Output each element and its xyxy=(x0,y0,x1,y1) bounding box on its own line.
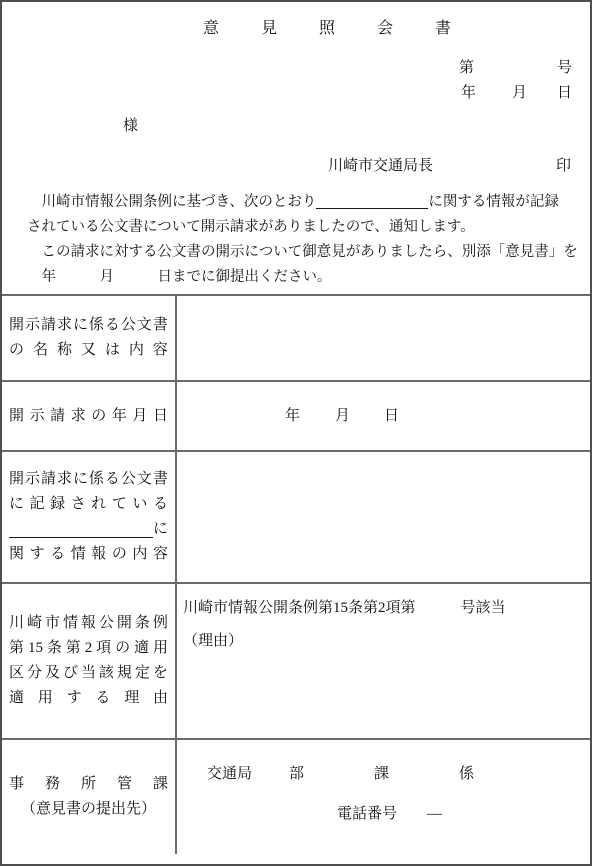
row2-label: 開示請求の年月日 xyxy=(9,404,168,429)
page-title: 意見照会書 xyxy=(203,18,493,40)
row4-content-cell: 川崎市情報公開条例第15条第2項第 号該当 （理由） xyxy=(177,584,590,738)
doc-number-prefix: 第 xyxy=(459,56,474,81)
row5-label-line2: （意見書の提出先） xyxy=(9,797,168,822)
office-units-line: 交通局 部 課 係 xyxy=(207,762,590,787)
row3-content-cell xyxy=(177,452,590,582)
row1-label-line1: 開示請求に係る公文書 xyxy=(9,313,168,338)
row2-month-label: 月 xyxy=(335,404,350,429)
row5-content-cell: 交通局 部 課 係 電話番号 ― xyxy=(177,740,590,854)
date-month-label: 月 xyxy=(512,81,527,106)
date-year-label: 年 xyxy=(461,81,476,106)
row4-applicable-clause: 川崎市情報公開条例第15条第2項第 号該当 xyxy=(183,596,590,621)
date-year-blank xyxy=(476,93,512,94)
seal-mark: 印 xyxy=(556,154,571,179)
addressee-suffix: 様 xyxy=(123,114,590,139)
row3-label-line4: 関する情報の内容 xyxy=(9,542,168,567)
office-unit-label: 係 xyxy=(459,762,474,787)
table-row-ordinance-reason: 川崎市情報公開条例 第15条第2項の適用 区分及び当該規定を 適用する理由 川崎… xyxy=(2,584,590,740)
body-line-1: 川崎市情報公開条例に基づき、次のとおりに関する情報が記録 xyxy=(27,190,590,215)
body-line1-after: に関する情報が記録 xyxy=(428,194,559,210)
body-line-4: 年 月 日までに御提出ください。 xyxy=(27,265,590,290)
row4-label-cell: 川崎市情報公開条例 第15条第2項の適用 区分及び当該規定を 適用する理由 xyxy=(2,584,177,738)
document-page: 意見照会書 第 号 年 月 日 様 川崎市交通局長 印 川崎市情報公開条例に基づ… xyxy=(0,0,592,866)
row1-label-line2: の名称又は内容 xyxy=(9,338,168,363)
office-dept-label: 部 xyxy=(289,762,304,787)
row2-year-label: 年 xyxy=(285,404,300,429)
row4-label-line4: 適用する理由 xyxy=(9,686,168,711)
row5-label-cell: 事務所管課 （意見書の提出先） xyxy=(2,740,177,854)
doc-date-line: 年 月 日 xyxy=(2,81,590,106)
sender-name: 川崎市交通局長 xyxy=(328,154,433,179)
fill-in-blank-underline xyxy=(316,196,428,209)
row2-day-label: 日 xyxy=(384,404,399,429)
notification-paragraph: 川崎市情報公開条例に基づき、次のとおりに関する情報が記録 されている公文書につい… xyxy=(2,190,590,290)
row3-blank-suffix: に xyxy=(153,517,168,542)
row2-content-cell: 年 月 日 xyxy=(177,382,590,450)
table-row-request-date: 開示請求の年月日 年 月 日 xyxy=(2,382,590,452)
row3-label-cell: 開示請求に係る公文書 に記録されている に 関する情報の内容 xyxy=(2,452,177,582)
sender-line: 川崎市交通局長 印 xyxy=(2,154,590,179)
table-row-document-name: 開示請求に係る公文書 の名称又は内容 xyxy=(2,296,590,382)
row5-label-line1: 事務所管課 xyxy=(9,772,168,797)
form-table: 開示請求に係る公文書 の名称又は内容 開示請求の年月日 年 月 日 開示請求に係… xyxy=(2,294,590,854)
row3-label-line1: 開示請求に係る公文書 xyxy=(9,467,168,492)
phone-number-line: 電話番号 ― xyxy=(207,802,590,827)
row2-year-blank xyxy=(300,416,335,417)
row3-blank-underline xyxy=(9,525,153,538)
office-bureau-label: 交通局 xyxy=(207,762,252,787)
row1-content-cell xyxy=(177,296,590,380)
row1-label-cell: 開示請求に係る公文書 の名称又は内容 xyxy=(2,296,177,380)
body-line1-before: 川崎市情報公開条例に基づき、次のとおり xyxy=(27,194,316,210)
row4-reason-label: （理由） xyxy=(183,629,590,654)
body-line-2: されている公文書について開示請求がありましたので、通知します。 xyxy=(27,215,590,240)
body-line-3: この請求に対する公文書の開示について御意見がありましたら、別添「意見書」を xyxy=(27,240,590,265)
date-month-blank xyxy=(527,93,557,94)
doc-number-blank xyxy=(474,68,557,69)
row3-label-blank-line: に xyxy=(9,517,168,542)
row3-label-line2: に記録されている xyxy=(9,492,168,517)
row4-label-line3: 区分及び当該規定を xyxy=(9,661,168,686)
table-row-office-in-charge: 事務所管課 （意見書の提出先） 交通局 部 課 係 電話番号 ― xyxy=(2,740,590,854)
office-section-label: 課 xyxy=(374,762,389,787)
date-day-label: 日 xyxy=(557,81,572,106)
row2-month-blank xyxy=(350,416,384,417)
row2-label-cell: 開示請求の年月日 xyxy=(2,382,177,450)
row4-label-line2: 第15条第2項の適用 xyxy=(9,636,168,661)
table-row-recorded-info: 開示請求に係る公文書 に記録されている に 関する情報の内容 xyxy=(2,452,590,584)
doc-number-suffix: 号 xyxy=(557,56,572,81)
doc-number-line: 第 号 xyxy=(2,56,590,81)
row4-label-line1: 川崎市情報公開条例 xyxy=(9,611,168,636)
